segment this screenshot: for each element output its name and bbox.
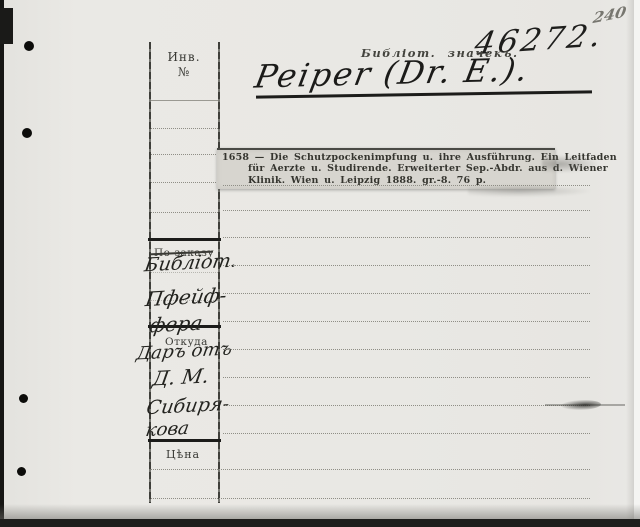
ruled-line — [151, 498, 590, 499]
ruled-line — [223, 210, 590, 211]
ruled-line — [223, 433, 590, 434]
scan-edge-left-top-mark — [0, 8, 13, 44]
pencil-smudge — [561, 399, 601, 410]
column-light-rule — [151, 182, 218, 183]
scan-edge-bottom — [0, 519, 640, 527]
column-light-rule — [151, 154, 218, 155]
handwritten-note: кова — [144, 418, 191, 441]
column-thick-rule — [148, 238, 221, 241]
ruled-line — [223, 237, 590, 238]
inventory-label-line1: Инв. — [149, 50, 219, 65]
author-heading-handwritten: Peiper (Dr. E.). — [252, 50, 533, 95]
ruled-line — [223, 265, 590, 266]
scan-edge-left — [0, 0, 4, 527]
ruled-line — [223, 405, 590, 406]
ruled-line — [223, 377, 590, 378]
ruled-line — [223, 349, 590, 350]
column-light-rule — [151, 212, 218, 213]
inventory-label: Инв. № — [149, 50, 219, 80]
price-label: Цѣна — [166, 448, 200, 461]
ruled-line — [151, 469, 590, 470]
clipping-line: für Aerzte u. Studirende. Erweiterter Se… — [222, 163, 552, 174]
glue-smudge — [542, 155, 600, 173]
numero-sign: № — [149, 65, 219, 80]
column-light-rule — [151, 128, 218, 129]
column-right-border — [218, 42, 220, 503]
scan-edge-right-strip — [634, 0, 640, 527]
handwritten-note: фера — [148, 311, 205, 338]
handwritten-note: Пфейф- — [144, 283, 229, 311]
printed-clipping: 1658 — Die Schutzpockenimpfung u. ihre A… — [217, 148, 555, 189]
scan-edge-bottom-fade — [0, 504, 640, 520]
catalog-card-scan: 240 46272. Библіот. значекъ. Peiper (Dr.… — [0, 0, 640, 527]
handwritten-note: Д. М. — [151, 364, 211, 391]
handwritten-note: Сибиря- — [145, 393, 231, 419]
punch-hole-dot — [24, 41, 34, 51]
glue-smudge — [468, 185, 593, 197]
punch-hole-dot — [22, 128, 32, 138]
punch-hole-dot — [19, 394, 28, 403]
clipping-line: 1658 — Die Schutzpockenimpfung u. ihre A… — [222, 152, 552, 163]
ruled-line — [223, 321, 590, 322]
ruled-line — [223, 293, 590, 294]
punch-hole-dot — [17, 467, 26, 476]
handwritten-note: Библіот. — [143, 250, 239, 277]
column-light-rule — [151, 100, 218, 101]
